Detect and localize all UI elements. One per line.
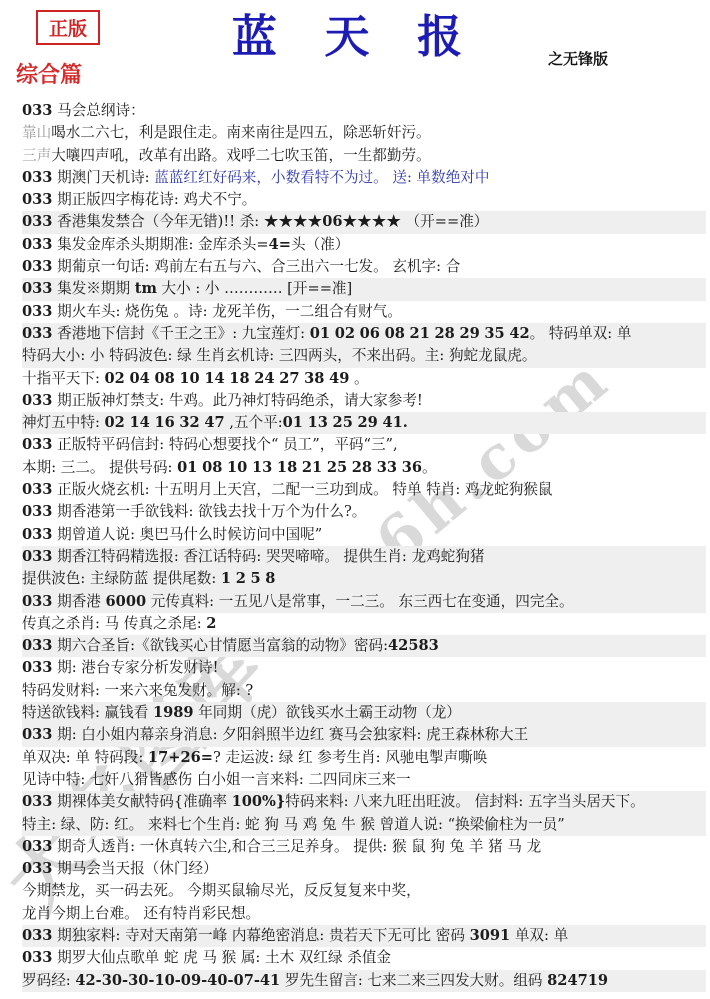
report-line-segment: 033 正版特平码信封: 特码心想要找个“ 员工”，平码“三”, <box>22 436 398 453</box>
report-line-segment: 033 正版火烧玄机: 十五明月上天宫，二配一三功到成。 特单 特肖: 鸡龙蛇狗… <box>22 481 553 498</box>
report-line-segment: 033 期香港 6000 元传真料: 一五见八是常事，一二三。 东三西七在变通，… <box>22 593 574 610</box>
report-line-segment: 033 期曾道人说: 奥巴马什么时候访问中国呢” <box>22 526 322 543</box>
report-line-segment: 十指平天下: 02 04 08 10 14 18 24 27 38 49 。 <box>22 370 369 387</box>
report-line: 033 期正版神灯禁支: 牛鸡。此乃神灯特码绝杀，请大家参考! <box>22 390 706 412</box>
report-line: 今期禁龙，买一码去死。 今期买鼠输尽光，反反复复来中奖， <box>22 880 706 902</box>
report-line-segment: 033 香港集发禁合（今年无错)!! 杀: ★★★★06★★★★ （开==准） <box>22 213 488 230</box>
report-line: 特码大小: 小 特码波色: 绿 生肖玄机诗: 三四两头，不来出码。主: 狗蛇龙鼠… <box>22 345 706 367</box>
report-line-segment: 033 集发金库杀头期期准: 金库杀头=4=头（准） <box>22 236 349 253</box>
report-line: 单双决: 单 特码段: 17+26=? 走运波: 绿 红 参考生肖: 风驰电掣声… <box>22 747 706 769</box>
report-line-segment: 033 期香江特码精选报: 香江话特码: 哭哭啼啼。 提供生肖: 龙鸡蛇狗猪 <box>22 548 484 565</box>
report-line-segment: 特主: 绿、防: 红。 来料七个生肖: 蛇 狗 马 鸡 兔 牛 猴 曾道人说: … <box>22 816 565 833</box>
report-line-segment: 三声 <box>22 147 51 164</box>
report-line-segment: 033 期六合圣旨:《欲钱买心甘情愿当富翁的动物》密码:42583 <box>22 637 439 654</box>
report-line-segment: 033 期香港第一手欲钱料: 欲钱去找十万个为什么?。 <box>22 503 366 520</box>
report-line: 033 期澳门天机诗: 蓝蓝红红好码来，小数看特不为过。 送: 单数绝对中 <box>22 167 706 189</box>
report-line-segment: 喝水二六七，利是跟住走。南来南往是四五，除恶斩奸污。 <box>51 124 430 141</box>
report-line: 三声大嚷四声吼，改革有出路。戏呼二七吹玉笛，一生都勤劳。 <box>22 145 706 167</box>
report-line: 033 期香港第一手欲钱料: 欲钱去找十万个为什么?。 <box>22 501 706 523</box>
report-line-segment: 033 期罗大仙点歌单 蛇 虎 马 猴 属: 土木 双红绿 杀值金 <box>22 949 391 966</box>
report-line: 传真之杀肖: 马 传真之杀尾: 2 <box>22 613 706 635</box>
report-line: 033 期火车头: 烧伤兔 。诗: 龙死羊伤，一二组合有财气。 <box>22 301 706 323</box>
report-line: 033 期香江特码精选报: 香江话特码: 哭哭啼啼。 提供生肖: 龙鸡蛇狗猪 <box>22 546 706 568</box>
report-line-segment: 033 期马会当天报（休门经） <box>22 860 218 877</box>
report-line-segment: 033 香港地下信封《千王之王》: 九宝莲灯: 01 02 06 08 21 2… <box>22 325 631 342</box>
report-line: 033 正版火烧玄机: 十五明月上天宫，二配一三功到成。 特单 特肖: 鸡龙蛇狗… <box>22 479 706 501</box>
report-line: 罗码经: 42-30-30-10-09-40-07-41 罗先生留言: 七来二来… <box>22 970 706 992</box>
report-line: 033 期裸体美女献特码{准确率 100%}特码来料: 八来九旺出旺波。 信封料… <box>22 791 706 813</box>
section-heading: 综合篇 <box>16 58 82 89</box>
report-line-segment: 033 期奇人透肖: 一休真转六尘,和合三三足养身。 提供: 猴 鼠 狗 兔 羊… <box>22 838 541 855</box>
report-line-segment: 033 期澳门天机诗: <box>22 169 154 186</box>
report-line: 神灯五中特: 02 14 16 32 47 ,五个平:01 13 25 29 4… <box>22 412 706 434</box>
report-line-segment: 033 期: 港台专家分析发财诗! <box>22 659 218 676</box>
report-line-segment: 033 期裸体美女献特码{准确率 100%}特码来料: 八来九旺出旺波。 信封料… <box>22 793 645 810</box>
genuine-badge: 正版 <box>36 10 100 45</box>
report-line: 033 期: 港台专家分析发财诗! <box>22 657 706 679</box>
report-line: 033 香港地下信封《千王之王》: 九宝莲灯: 01 02 06 08 21 2… <box>22 323 706 345</box>
report-line: 033 正版特平码信封: 特码心想要找个“ 员工”，平码“三”, <box>22 434 706 456</box>
report-line-segment: 靠山 <box>22 124 51 141</box>
report-line: 033 期正版四字梅花诗: 鸡犬不宁。 <box>22 189 706 211</box>
report-line: 033 期马会当天报（休门经） <box>22 858 706 880</box>
report-line-segment: 特码大小: 小 特码波色: 绿 生肖玄机诗: 三四两头，不来出码。主: 狗蛇龙鼠… <box>22 347 537 364</box>
report-line-segment: 神灯五中特: 02 14 16 32 47 ,五个平:01 13 25 29 4… <box>22 414 408 431</box>
report-line-segment: 033 期独家料: 寺对天南第一峰 内幕绝密消息: 贵若天下无可比 密码 309… <box>22 927 568 944</box>
report-line-segment: 见诗中特: 七奸八猾皆感伤 白小姐一言来料: 二四同床三来一 <box>22 771 411 788</box>
report-line-segment: 龙肖今期上台难。 还有特肖彩民想。 <box>22 905 260 922</box>
report-line: 033 期奇人透肖: 一休真转六尘,和合三三足养身。 提供: 猴 鼠 狗 兔 羊… <box>22 836 706 858</box>
report-line: 本期: 三二。 提供号码: 01 08 10 13 18 21 25 28 33… <box>22 457 706 479</box>
report-line-segment: 提供波色: 主绿防蓝 提供尾数: 1 2 5 8 <box>22 570 275 587</box>
report-line-segment: 特送欲钱料: 赢钱看 1989 年同期（虎）欲钱买水土霸王动物（龙） <box>22 704 461 721</box>
report-line: 特主: 绿、防: 红。 来料七个生肖: 蛇 狗 马 鸡 兔 牛 猴 曾道人说: … <box>22 814 706 836</box>
report-lines: 033 马会总纲诗：靠山喝水二六七，利是跟住走。南来南往是四五，除恶斩奸污。三声… <box>22 100 706 992</box>
report-line-segment: 蓝蓝红红好码来，小数看特不为过。 送: 单数绝对中 <box>154 169 489 186</box>
report-line-segment: 传真之杀肖: 马 传真之杀尾: 2 <box>22 615 216 632</box>
report-line-segment: 033 期正版神灯禁支: 牛鸡。此乃神灯特码绝杀，请大家参考! <box>22 392 423 409</box>
report-line-segment: 033 期: 白小姐内幕亲身消息: 夕阳斜照半边红 赛马会独家料: 虎王森林称大… <box>22 726 528 743</box>
report-line: 靠山喝水二六七，利是跟住走。南来南往是四五，除恶斩奸污。 <box>22 122 706 144</box>
report-line-segment: 大嚷四声吼，改革有出路。戏呼二七吹玉笛，一生都勤劳。 <box>51 147 430 164</box>
report-line: 提供波色: 主绿防蓝 提供尾数: 1 2 5 8 <box>22 568 706 590</box>
report-line-segment: 特码发财料: 一来六来兔发财。解: ? <box>22 682 253 699</box>
report-line: 033 集发金库杀头期期准: 金库杀头=4=头（准） <box>22 234 706 256</box>
report-line: 033 期罗大仙点歌单 蛇 虎 马 猴 属: 土木 双红绿 杀值金 <box>22 947 706 969</box>
report-line-segment: 罗码经: 42-30-30-10-09-40-07-41 罗先生留言: 七来二来… <box>22 972 608 989</box>
report-line-segment: 033 期火车头: 烧伤兔 。诗: 龙死羊伤，一二组合有财气。 <box>22 303 402 320</box>
report-line: 033 马会总纲诗： <box>22 100 706 122</box>
report-line: 033 期曾道人说: 奥巴马什么时候访问中国呢” <box>22 524 706 546</box>
report-line: 033 香港集发禁合（今年无错)!! 杀: ★★★★06★★★★ （开==准） <box>22 211 706 233</box>
report-line: 033 期葡京一句话: 鸡前左右五与六、合三出六一七发。 玄机字: 合 <box>22 256 706 278</box>
report-line-segment: 033 集发※期期 tm 大小 : 小 ………… [开==准] <box>22 280 352 297</box>
report-line: 033 期: 白小姐内幕亲身消息: 夕阳斜照半边红 赛马会独家料: 虎王森林称大… <box>22 724 706 746</box>
report-line-segment: 单双决: 单 特码段: 17+26=? 走运波: 绿 红 参考生肖: 风驰电掣声… <box>22 749 487 766</box>
report-line: 见诗中特: 七奸八猾皆感伤 白小姐一言来料: 二四同床三来一 <box>22 769 706 791</box>
report-line-segment: 033 期葡京一句话: 鸡前左右五与六、合三出六一七发。 玄机字: 合 <box>22 258 460 275</box>
report-line: 033 集发※期期 tm 大小 : 小 ………… [开==准] <box>22 278 706 300</box>
report-line: 龙肖今期上台难。 还有特肖彩民想。 <box>22 903 706 925</box>
report-line: 033 期独家料: 寺对天南第一峰 内幕绝密消息: 贵若天下无可比 密码 309… <box>22 925 706 947</box>
report-line: 特码发财料: 一来六来兔发财。解: ? <box>22 680 706 702</box>
report-line-segment: 033 马会总纲诗： <box>22 102 145 119</box>
newspaper-page: 6h.com 大名图库 蓝 天 报 正版 之无锋版 综合篇 033 马会总纲诗：… <box>0 0 710 999</box>
report-line-segment: 今期禁龙，买一码去死。 今期买鼠输尽光，反反复复来中奖， <box>22 882 421 899</box>
report-line: 033 期香港 6000 元传真料: 一五见八是常事，一二三。 东三西七在变通，… <box>22 591 706 613</box>
report-line-segment: 本期: 三二。 提供号码: 01 08 10 13 18 21 25 28 33… <box>22 459 437 476</box>
report-line: 十指平天下: 02 04 08 10 14 18 24 27 38 49 。 <box>22 368 706 390</box>
edition-label: 之无锋版 <box>548 48 608 69</box>
report-line: 特送欲钱料: 赢钱看 1989 年同期（虎）欲钱买水土霸王动物（龙） <box>22 702 706 724</box>
report-line-segment: 033 期正版四字梅花诗: 鸡犬不宁。 <box>22 191 256 208</box>
report-line: 033 期六合圣旨:《欲钱买心甘情愿当富翁的动物》密码:42583 <box>22 635 706 657</box>
